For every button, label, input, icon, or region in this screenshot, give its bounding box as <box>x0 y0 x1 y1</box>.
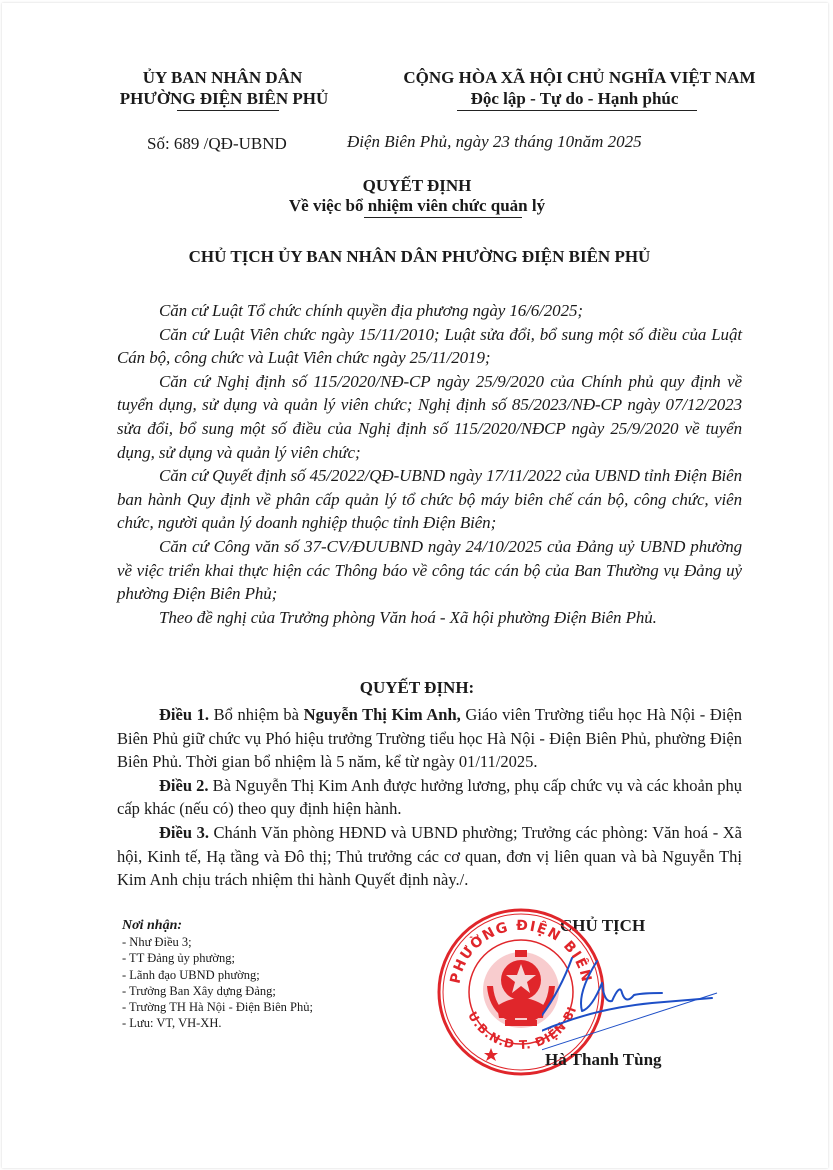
article-3: Điều 3. Chánh Văn phòng HĐND và UBND phư… <box>117 821 742 892</box>
national-motto: Độc lập - Tự do - Hạnh phúc <box>432 88 717 109</box>
signer-name: Hà Thanh Tùng <box>545 1050 662 1070</box>
handwritten-signature-icon <box>542 953 722 1063</box>
document-page: ỦY BAN NHÂN DÂN PHƯỜNG ĐIỆN BIÊN PHỦ Số:… <box>2 3 828 1168</box>
subject-underline <box>364 217 522 218</box>
article-label: Điều 1. <box>159 705 209 724</box>
article-text: Bổ nhiệm bà <box>209 705 304 724</box>
document-subject: Về việc bổ nhiệm viên chức quản lý <box>282 195 552 216</box>
article-text: Bà Nguyễn Thị Kim Anh được hưởng lương, … <box>117 776 742 819</box>
decision-heading: QUYẾT ĐỊNH: <box>332 677 502 698</box>
preamble-item: Căn cứ Luật Viên chức ngày 15/11/2010; L… <box>117 323 742 370</box>
article-text: Chánh Văn phòng HĐND và UBND phường; Trư… <box>117 823 742 889</box>
agency-name-line1: ỦY BAN NHÂN DÂN <box>130 67 315 88</box>
appointee-name: Nguyễn Thị Kim Anh, <box>304 705 461 724</box>
document-title: QUYẾT ĐỊNH <box>302 175 532 196</box>
recipient-item: - Lãnh đạo UBND phường; <box>122 967 313 983</box>
articles: Điều 1. Bổ nhiệm bà Nguyễn Thị Kim Anh, … <box>117 703 742 892</box>
place-date: Điện Biên Phủ, ngày 23 tháng 10năm 2025 <box>347 132 642 152</box>
preamble-item: Căn cứ Quyết định số 45/2022/QĐ-UBND ngà… <box>117 464 742 535</box>
national-title: CỘNG HÒA XÃ HỘI CHỦ NGHĨA VIỆT NAM <box>387 67 772 88</box>
article-label: Điều 3. <box>159 823 209 842</box>
recipients-title: Nơi nhận: <box>122 917 313 934</box>
article-1: Điều 1. Bổ nhiệm bà Nguyễn Thị Kim Anh, … <box>117 703 742 774</box>
preamble-item: Căn cứ Luật Tổ chức chính quyền địa phươ… <box>117 299 742 323</box>
recipient-item: - Trưởng Ban Xây dựng Đảng; <box>122 983 313 999</box>
recipient-item: - Trường TH Hà Nội - Điện Biên Phủ; <box>122 999 313 1015</box>
recipient-item: - TT Đảng ủy phường; <box>122 950 313 966</box>
recipient-item: - Lưu: VT, VH-XH. <box>122 1015 313 1031</box>
document-number: Số: 689 /QĐ-UBND <box>147 134 287 154</box>
agency-underline <box>177 110 279 111</box>
preamble: Căn cứ Luật Tổ chức chính quyền địa phươ… <box>117 299 742 629</box>
motto-underline <box>457 110 697 111</box>
preamble-item: Căn cứ Nghị định số 115/2020/NĐ-CP ngày … <box>117 370 742 464</box>
agency-name-line2: PHƯỜNG ĐIỆN BIÊN PHỦ <box>114 88 334 109</box>
recipient-item: - Như Điều 3; <box>122 934 313 950</box>
preamble-item: Căn cứ Công văn số 37-CV/ĐUUBND ngày 24/… <box>117 535 742 606</box>
issuing-authority: CHỦ TỊCH ỦY BAN NHÂN DÂN PHƯỜNG ĐIỆN BIÊ… <box>147 246 692 267</box>
article-label: Điều 2. <box>159 776 209 795</box>
article-2: Điều 2. Bà Nguyễn Thị Kim Anh được hưởng… <box>117 774 742 821</box>
preamble-item: Theo đề nghị của Trưởng phòng Văn hoá - … <box>117 606 742 630</box>
recipients-list: Nơi nhận: - Như Điều 3; - TT Đảng ủy phư… <box>122 917 313 1032</box>
